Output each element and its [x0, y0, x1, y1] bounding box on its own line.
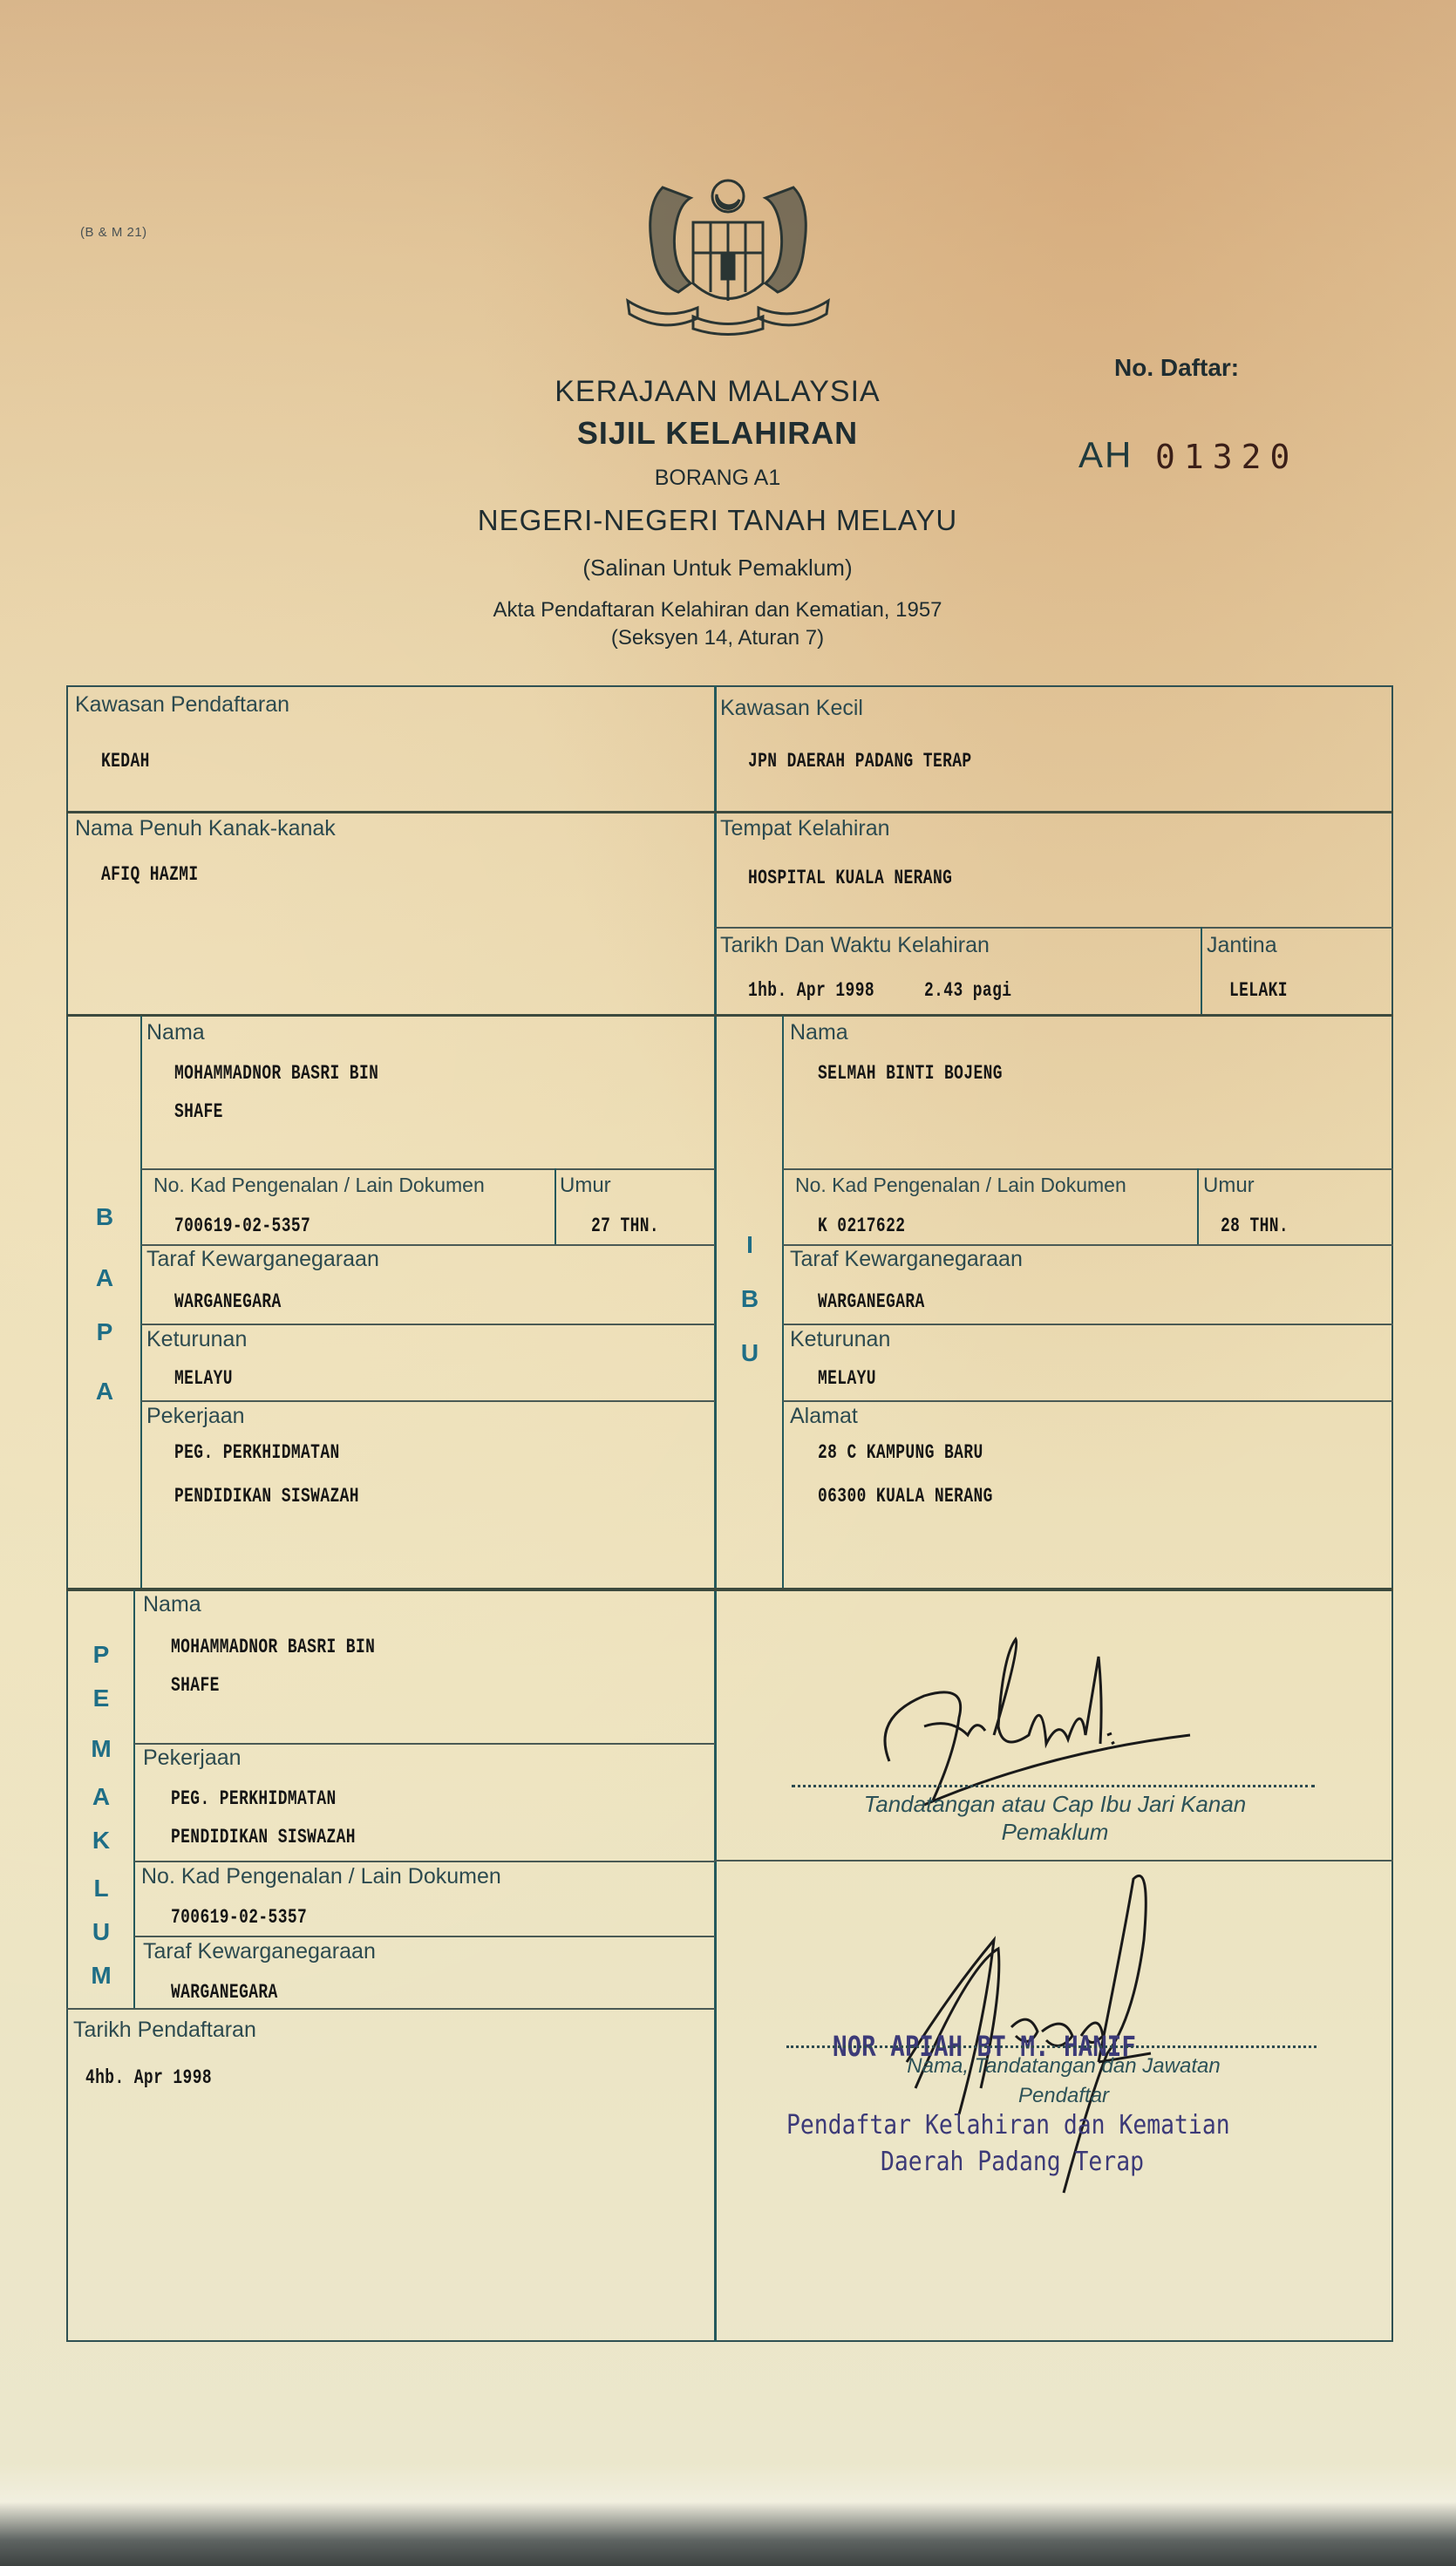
informant-occupation-value: PEG. PERKHIDMATAN — [171, 1787, 337, 1810]
mother-race-value: MELAYU — [818, 1367, 876, 1390]
registration-number: 01320 — [1155, 438, 1298, 476]
father-name-value: SHAFE — [174, 1100, 223, 1123]
divider — [66, 811, 1393, 813]
divider — [555, 1168, 556, 1245]
father-age-label: Umur — [560, 1174, 611, 1198]
father-side-label: A — [87, 1264, 122, 1292]
father-occupation-value: PENDIDIKAN SISWAZAH — [174, 1485, 359, 1508]
father-citizenship-label: Taraf Kewarganegaraan — [146, 1247, 379, 1272]
divider — [715, 927, 1393, 929]
divider — [133, 1589, 135, 2010]
informant-citizenship-value: WARGANEGARA — [171, 1981, 278, 2004]
birth-date-value: 1hb. Apr 1998 — [748, 979, 874, 1002]
informant-side-label: P — [84, 1641, 119, 1669]
copy-note: (Salinan Untuk Pemaklum) — [0, 555, 1446, 582]
informant-citizenship-label: Taraf Kewarganegaraan — [143, 1939, 376, 1964]
registration-number-prefix: AH — [1078, 434, 1133, 476]
divider — [134, 1743, 715, 1745]
divider — [1197, 1168, 1199, 1245]
informant-side-label: L — [84, 1875, 119, 1902]
coat-of-arms-icon — [610, 170, 846, 336]
birthplace-label: Tempat Kelahiran — [720, 816, 890, 841]
father-race-label: Keturunan — [146, 1327, 247, 1352]
mother-address-value: 28 C KAMPUNG BARU — [818, 1441, 983, 1464]
informant-occupation-value: PENDIDIKAN SISWAZAH — [171, 1826, 356, 1848]
sub-area-label: Kawasan Kecil — [720, 696, 863, 721]
informant-signature-caption: Pemaklum — [767, 1819, 1343, 1846]
informant-side-label: A — [84, 1783, 119, 1811]
mother-age-value: 28 THN. — [1221, 1215, 1289, 1237]
mother-address-value: 06300 KUALA NERANG — [818, 1485, 993, 1508]
father-ic-value: 700619-02-5357 — [174, 1215, 310, 1237]
divider — [783, 1400, 1393, 1402]
father-side-label: B — [87, 1203, 122, 1231]
sex-label: Jantina — [1207, 933, 1277, 958]
divider — [134, 1936, 715, 1937]
act-reference: Akta Pendaftaran Kelahiran dan Kematian,… — [0, 598, 1446, 623]
informant-ic-value: 700619-02-5357 — [171, 1906, 307, 1929]
informant-side-label: K — [84, 1827, 119, 1855]
mother-side-label: U — [732, 1339, 767, 1367]
sex-value: LELAKI — [1229, 979, 1288, 1002]
father-citizenship-value: WARGANEGARA — [174, 1290, 282, 1313]
registrar-caption: Pendaftar — [767, 2084, 1360, 2108]
mother-side-label: B — [732, 1285, 767, 1313]
child-name-label: Nama Penuh Kanak-kanak — [75, 816, 336, 841]
divider — [141, 1324, 715, 1325]
father-name-value: MOHAMMADNOR BASRI BIN — [174, 1062, 378, 1085]
informant-signature — [872, 1630, 1238, 1805]
mother-citizenship-label: Taraf Kewarganegaraan — [790, 1247, 1023, 1272]
informant-side-label: E — [84, 1685, 119, 1712]
father-age-value: 27 THN. — [591, 1215, 659, 1237]
divider — [66, 2008, 715, 2010]
birth-time-value: 2.43 pagi — [924, 979, 1011, 1002]
father-ic-label: No. Kad Pengenalan / Lain Dokumen — [153, 1174, 485, 1197]
father-occupation-value: PEG. PERKHIDMATAN — [174, 1441, 340, 1464]
registration-date-label: Tarikh Pendaftaran — [73, 2018, 256, 2043]
informant-occupation-label: Pekerjaan — [143, 1746, 242, 1771]
divider — [783, 1244, 1393, 1246]
informant-side-label: M — [84, 1735, 119, 1763]
divider — [141, 1244, 715, 1246]
registration-number-label: No. Daftar: — [1114, 354, 1239, 382]
divider — [714, 685, 717, 2342]
section-reference: (Seksyen 14, Aturan 7) — [0, 626, 1446, 650]
registration-area-value: KEDAH — [101, 750, 150, 773]
divider — [782, 1016, 784, 1589]
informant-name-label: Nama — [143, 1592, 201, 1617]
mother-ic-label: No. Kad Pengenalan / Lain Dokumen — [795, 1174, 1126, 1197]
registrar-title-stamp: Pendaftar Kelahiran dan Kematian — [786, 2110, 1230, 2141]
divider — [66, 1014, 1393, 1017]
father-race-value: MELAYU — [174, 1367, 233, 1390]
informant-name-value: SHAFE — [171, 1674, 220, 1697]
divider — [141, 1400, 715, 1402]
signature-line — [792, 1785, 1315, 1787]
informant-side-label: M — [84, 1962, 119, 1990]
region-heading: NEGERI-NEGERI TANAH MELAYU — [0, 504, 1446, 537]
birth-datetime-label: Tarikh Dan Waktu Kelahiran — [720, 933, 990, 958]
registrar-title-stamp: Daerah Padang Terap — [881, 2147, 1144, 2177]
divider — [141, 1168, 715, 1170]
informant-signature-caption: Tandatangan atau Cap Ibu Jari Kanan — [767, 1791, 1343, 1818]
informant-ic-label: No. Kad Pengenalan / Lain Dokumen — [141, 1864, 501, 1889]
divider — [783, 1324, 1393, 1325]
sub-area-value: JPN DAERAH PADANG TERAP — [748, 750, 972, 773]
registration-date-value: 4hb. Apr 1998 — [85, 2066, 212, 2089]
informant-side-label: U — [84, 1918, 119, 1946]
registration-area-label: Kawasan Pendaftaran — [75, 692, 289, 718]
divider — [783, 1168, 1393, 1170]
mother-race-label: Keturunan — [790, 1327, 890, 1352]
divider — [1201, 927, 1202, 1016]
signature-line — [786, 2045, 1317, 2048]
child-name-value: AFIQ HAZMI — [101, 863, 199, 886]
father-side-label: A — [87, 1378, 122, 1406]
father-occupation-label: Pekerjaan — [146, 1404, 245, 1429]
mother-address-label: Alamat — [790, 1404, 858, 1429]
mother-name-label: Nama — [790, 1020, 848, 1045]
informant-name-value: MOHAMMADNOR BASRI BIN — [171, 1636, 375, 1658]
divider — [66, 1588, 1393, 1591]
mother-side-label: I — [732, 1231, 767, 1259]
father-name-label: Nama — [146, 1020, 205, 1045]
mother-citizenship-value: WARGANEGARA — [818, 1290, 925, 1313]
mother-age-label: Umur — [1203, 1174, 1255, 1198]
birthplace-value: HOSPITAL KUALA NERANG — [748, 867, 952, 889]
registrar-caption: Nama, Tandatangan dan Jawatan — [767, 2054, 1360, 2079]
mother-ic-value: K 0217622 — [818, 1215, 905, 1237]
form-code: (B & M 21) — [80, 225, 147, 240]
divider — [134, 1861, 715, 1862]
mother-name-value: SELMAH BINTI BOJENG — [818, 1062, 1003, 1085]
divider — [140, 1016, 142, 1589]
father-side-label: P — [87, 1318, 122, 1346]
